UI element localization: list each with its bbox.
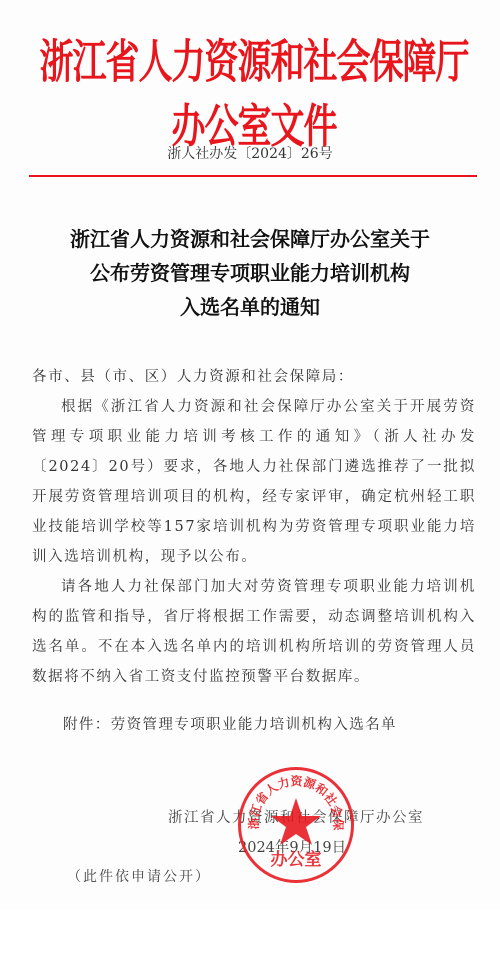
- svg-text:办公室: 办公室: [271, 849, 322, 870]
- document-header-title: 浙江省人力资源和社会保障厅办公室文件: [24, 30, 484, 160]
- notice-title-line-2: 公布劳资管理专项职业能力培训机构: [0, 256, 500, 290]
- notice-title-line-1: 浙江省人力资源和社会保障厅办公室关于: [0, 222, 500, 256]
- notice-body: 各市、县（市、区）人力资源和社会保障局： 根据《浙江省人力资源和社会保障厅办公室…: [32, 362, 476, 692]
- disclosure-note: （此件依申请公开）: [67, 866, 211, 886]
- document-page: 浙江省人力资源和社会保障厅办公室文件 浙人社办发〔2024〕26号 浙江省人力资…: [0, 0, 500, 910]
- document-number: 浙人社办发〔2024〕26号: [0, 143, 500, 163]
- notice-title: 浙江省人力资源和社会保障厅办公室关于 公布劳资管理专项职业能力培训机构 入选名单…: [0, 222, 500, 324]
- official-seal-icon: 浙江省人力资源和社会保障厅 办公室: [238, 767, 354, 883]
- red-divider: [29, 175, 477, 177]
- body-paragraph-1: 根据《浙江省人力资源和社会保障厅办公室关于开展劳资管理专项职业能力培训考核工作的…: [32, 392, 476, 572]
- salutation: 各市、县（市、区）人力资源和社会保障局：: [32, 362, 476, 392]
- body-paragraph-2: 请各地人力社保部门加大对劳资管理专项职业能力培训机构的监管和指导，省厅将根据工作…: [32, 572, 476, 692]
- notice-title-line-3: 入选名单的通知: [0, 290, 500, 324]
- attachment-line: 附件：劳资管理专项职业能力培训机构入选名单: [63, 713, 397, 734]
- seal-star-icon: 浙江省人力资源和社会保障厅 办公室: [241, 770, 351, 880]
